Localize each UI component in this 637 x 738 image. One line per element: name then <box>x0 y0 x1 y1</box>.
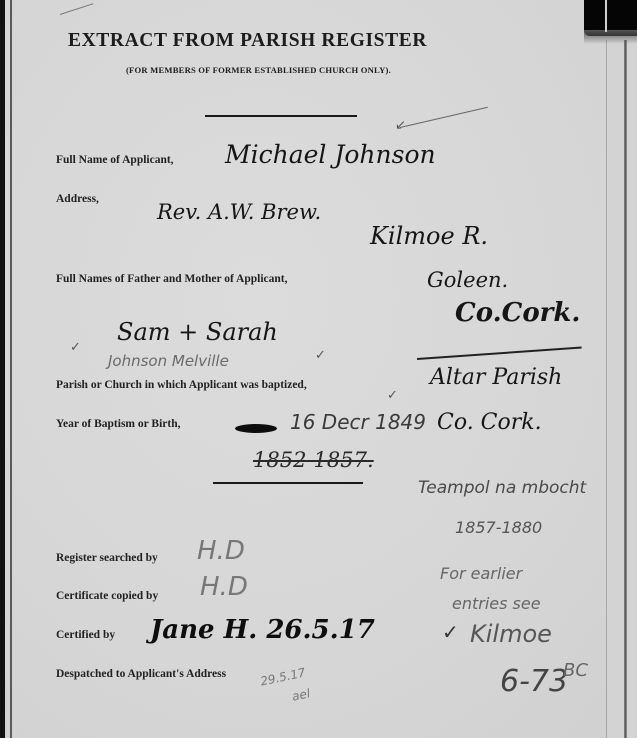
despatched-label: Despatched to Applicant's Address <box>56 668 226 680</box>
register-searched-value: H.D <box>197 536 245 566</box>
address-line-1: Rev. A.W. Brew. <box>157 200 321 224</box>
parents-label: Full Names of Father and Mother of Appli… <box>56 273 288 285</box>
pencil-stroke <box>60 3 94 15</box>
year-value: 16 Decr 1849 <box>290 410 426 434</box>
document-title: EXTRACT FROM PARISH REGISTER <box>68 30 427 52</box>
margin-note-line-2: 1857-1880 <box>455 518 542 537</box>
section-divider <box>213 482 363 484</box>
page-fold-line <box>606 40 607 738</box>
parents-value: Sam + Sarah <box>117 318 278 346</box>
pencil-arrow-line <box>400 107 488 128</box>
header-divider <box>205 115 357 117</box>
margin-note-line-5: Kilmoe <box>470 620 552 648</box>
address-label: Address, <box>56 193 99 205</box>
margin-note-line-4: entries see <box>452 594 541 613</box>
year-label: Year of Baptism or Birth, <box>56 418 180 430</box>
binder-clip-shadow <box>584 30 637 44</box>
parish-line-1: Altar Parish <box>430 365 562 390</box>
binder-clip-highlight <box>605 0 607 32</box>
margin-note-line-3: For earlier <box>440 564 522 583</box>
certified-by-label: Certified by <box>56 629 115 641</box>
address-line-3: Goleen. <box>427 268 508 292</box>
certified-by-value: Jane H. 26.5.17 <box>150 615 375 645</box>
parents-surname-annotation: Johnson Melville <box>108 352 229 370</box>
page-left-shadow <box>10 0 12 738</box>
check-mark-icon: ✓ <box>315 348 326 363</box>
check-mark-icon: ✓ <box>442 620 459 644</box>
parish-label: Parish or Church in which Applicant was … <box>56 379 307 391</box>
year-struck-range: 1852-1857. <box>253 448 374 472</box>
binding-edge <box>624 40 627 738</box>
address-line-2: Kilmoe R. <box>370 222 488 250</box>
despatched-initials: ael <box>291 686 312 703</box>
arrow-head-icon: ↙ <box>395 118 406 133</box>
certificate-copied-label: Certificate copied by <box>56 590 158 602</box>
applicant-name-value: Michael Johnson <box>225 140 436 169</box>
parish-line-2: Co. Cork. <box>437 410 542 435</box>
check-mark-icon: ✓ <box>387 388 398 403</box>
ink-blot <box>235 424 277 433</box>
address-line-4: Co.Cork. <box>455 298 580 328</box>
check-mark-icon: ✓ <box>70 340 81 355</box>
document-subtitle: (FOR MEMBERS OF FORMER ESTABLISHED CHURC… <box>126 65 391 75</box>
page-right-margin <box>608 0 637 738</box>
despatched-date: 29.5.17 <box>259 665 307 688</box>
margin-reference: 6-73 <box>500 664 568 699</box>
register-form-page: EXTRACT FROM PARISH REGISTER (FOR MEMBER… <box>5 0 637 738</box>
margin-note-line-1: Teampol na mbocht <box>418 478 586 498</box>
address-underline <box>417 346 582 359</box>
margin-reference-suffix: BC <box>563 660 588 681</box>
certificate-copied-value: H.D <box>200 572 248 602</box>
applicant-name-label: Full Name of Applicant, <box>56 154 174 166</box>
register-searched-label: Register searched by <box>56 552 158 564</box>
